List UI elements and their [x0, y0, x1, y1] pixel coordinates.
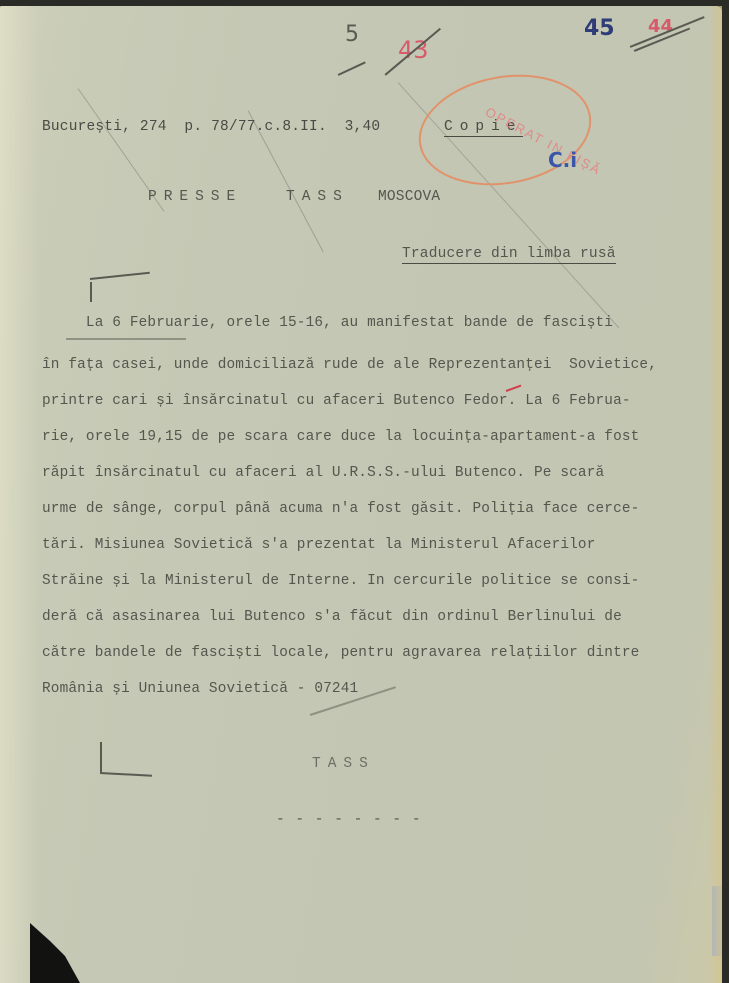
bracket-bottom — [100, 772, 152, 776]
body-line: răpit însărcinatul cu afaceri al U.R.S.S… — [42, 465, 604, 481]
agency-city: MOSCOVA — [378, 189, 440, 205]
body-line: tări. Misiunea Sovietică s'a prezentat l… — [42, 537, 596, 553]
body-line: Străine și la Ministerul de Interne. In … — [42, 573, 639, 589]
torn-corner — [30, 923, 80, 983]
pencil-number: 5 — [345, 22, 359, 47]
translation-note: Traducere din limba rusă — [402, 246, 616, 264]
signature: TASS — [312, 756, 375, 772]
body-line: urme de sânge, corpul până acuma n'a fos… — [42, 501, 639, 517]
bracket-side — [90, 282, 92, 302]
body-line: România și Uniunea Sovietică - 07241 — [42, 681, 358, 697]
body-line: în fața casei, unde domiciliază rude de … — [42, 357, 657, 373]
agency-presse: PRESSE — [148, 189, 242, 205]
body-line: către bandele de fasciști locale, pentru… — [42, 645, 639, 661]
document-page: 45 44 5 43 București, 274 p. 78/77.c.8.I… — [0, 6, 722, 983]
red-tick — [506, 385, 522, 392]
stamp-oval — [410, 62, 600, 199]
bracket-top — [90, 272, 150, 280]
strike-line — [385, 28, 441, 75]
header-line: București, 274 p. 78/77.c.8.II. 3,40 — [42, 119, 380, 135]
body-line: La 6 Februarie, orele 15-16, au manifest… — [42, 315, 613, 331]
stamp-initials: C.i — [548, 148, 577, 172]
page-edge-strip — [712, 886, 722, 956]
body-line: printre cari și însărcinatul cu afaceri … — [42, 393, 631, 409]
page-number: 45 — [584, 16, 615, 41]
body-line: deră că asasinarea lui Butenco s'a făcut… — [42, 609, 622, 625]
body-line: rie, orele 19,15 de pe scara care duce l… — [42, 429, 639, 445]
closing-rule: - - - - - - - - — [276, 812, 422, 828]
agency-tass: TASS — [286, 189, 349, 205]
pencil-stroke — [338, 61, 366, 75]
bracket-side — [100, 742, 102, 772]
paragraph-underline — [66, 338, 186, 340]
